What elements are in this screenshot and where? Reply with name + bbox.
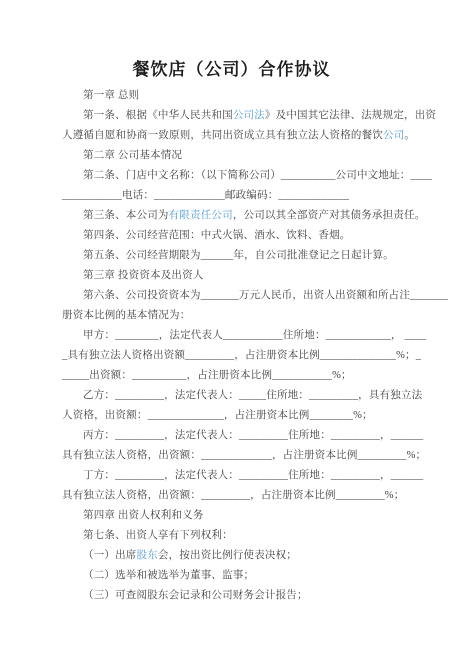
document-line: 第四条、公司经营范围：中式火锅、酒水、饮料、香烟。 [62, 226, 407, 246]
document-line: 人遵循自愿和协商一致原则，共同出资成立具有独立法人资格的餐饮公司。 [62, 126, 407, 146]
text-run: 第一条、根据《中华人民共和国 [83, 110, 233, 121]
document-line: _具有独立法人资格出资额_________，占注册资本比例___________… [62, 346, 407, 366]
document-line: _____出资额：__________，占注册资本比例___________%； [62, 366, 407, 386]
legal-term-link[interactable]: 公司 [383, 130, 404, 141]
document-line: 甲方：________，法定代表人___________住所地：________… [62, 326, 407, 346]
document-line: 册资本比例的基本情况为： [62, 306, 407, 326]
text-run: 具有独立法人资格，出资额：_________，占注册资本比例_________%… [62, 490, 404, 501]
text-run: 丁方：_________，法定代表人：_________住所地：________… [83, 470, 423, 481]
document-line: 第一条、根据《中华人民共和国公司法》及中国其它法律、法规规定，出资 [62, 106, 407, 126]
text-run: （一）出席 [83, 550, 137, 561]
text-run: 第二条、门店中文名称：（以下简称公司）__________公司中文地址：____ [83, 170, 432, 181]
document-line: 第六条、公司投资资本为_______万元人民币，出资人出资额和所占注______… [62, 286, 407, 306]
document-line: 第二条、门店中文名称：（以下简称公司）__________公司中文地址：____ [62, 166, 407, 186]
text-run: 第二章 公司基本情况 [83, 150, 182, 161]
document-line: 人资格，出资额：______________，占注册资本比例________%； [62, 406, 407, 426]
document-body: 第一章 总则第一条、根据《中华人民共和国公司法》及中国其它法律、法规规定，出资人… [62, 86, 407, 606]
document-line: （三）可查阅股东会记录和公司财务会计报告； [62, 586, 407, 606]
document-title: 餐饮店（公司）合作协议 [0, 57, 463, 83]
document-line: 第二章 公司基本情况 [62, 146, 407, 166]
text-run: 第七条、出资人享有下列权利： [83, 530, 233, 541]
document-line: 第四章 出资人权利和义务 [62, 506, 407, 526]
text-run: 册资本比例的基本情况为： [62, 310, 190, 321]
text-run: 人遵循自愿和协商一致原则，共同出资成立具有独立法人资格的餐饮 [62, 130, 383, 141]
document-line: （二）选举和被选举为董事、监事； [62, 566, 407, 586]
document-line: 第三条、本公司为有限责任公司，公司以其全部资产对其债务承担责任。 [62, 206, 407, 226]
text-run: 第六条、公司投资资本为_______万元人民币，出资人出资额和所占注______… [83, 290, 448, 301]
legal-term-link[interactable]: 公司法 [233, 110, 265, 121]
legal-term-link[interactable]: 股东 [137, 550, 158, 561]
text-run: 第三条、本公司为 [83, 210, 169, 221]
text-run: 甲方：________，法定代表人___________住所地：________… [83, 330, 426, 341]
text-run: 乙方：_________，法定代表人：_____住所地：_________，具有… [83, 390, 422, 401]
text-run: （二）选举和被选举为董事、监事； [83, 570, 254, 581]
text-run: 第五条、公司经营期限为______年，自公司批准登记之日起计算。 [83, 250, 394, 261]
document-line: （一）出席股东会，按出资比例行使表决权； [62, 546, 407, 566]
text-run: 第四章 出资人权利和义务 [83, 510, 204, 521]
document-line: 具有独立法人资格，出资额：_____________，占注册资本比例______… [62, 446, 407, 466]
text-run: 丙方：_________，法定代表人：_________住所地：________… [83, 430, 423, 441]
text-run: 》及中国其它法律、法规规定，出资 [265, 110, 436, 121]
document-line: 丙方：_________，法定代表人：_________住所地：________… [62, 426, 407, 446]
document-line: 丁方：_________，法定代表人：_________住所地：________… [62, 466, 407, 486]
document-line: 第五条、公司经营期限为______年，自公司批准登记之日起计算。 [62, 246, 407, 266]
document-line: 第一章 总则 [62, 86, 407, 106]
text-run: 第四条、公司经营范围：中式火锅、酒水、饮料、香烟。 [83, 230, 351, 241]
text-run: ，公司以其全部资产对其债务承担责任。 [233, 210, 426, 221]
document-line: ___________电话：_____________邮政编码：________… [62, 186, 407, 206]
text-run: _具有独立法人资格出资额_________，占注册资本比例___________… [62, 350, 421, 361]
text-run: （三）可查阅股东会记录和公司财务会计报告； [83, 590, 308, 601]
text-run: 人资格，出资额：______________，占注册资本比例________%； [62, 410, 373, 421]
document-line: 第三章 投资资本及出资人 [62, 266, 407, 286]
legal-term-link[interactable]: 有限责任公司 [169, 210, 233, 221]
text-run: ___________电话：_____________邮政编码：________… [62, 190, 349, 201]
text-run: 。 [404, 130, 415, 141]
text-run: 第一章 总则 [83, 90, 139, 101]
text-run: 具有独立法人资格，出资额：_____________，占注册资本比例______… [62, 450, 426, 461]
text-run: 会，按出资比例行使表决权； [158, 550, 297, 561]
document-page: 餐饮店（公司）合作协议 第一章 总则第一条、根据《中华人民共和国公司法》及中国其… [0, 0, 463, 655]
document-line: 具有独立法人资格，出资额：_________，占注册资本比例_________%… [62, 486, 407, 506]
text-run: _____出资额：__________，占注册资本比例___________%； [62, 370, 352, 381]
text-run: 第三章 投资资本及出资人 [83, 270, 204, 281]
document-line: 第七条、出资人享有下列权利： [62, 526, 407, 546]
document-line: 乙方：_________，法定代表人：_____住所地：_________，具有… [62, 386, 407, 406]
